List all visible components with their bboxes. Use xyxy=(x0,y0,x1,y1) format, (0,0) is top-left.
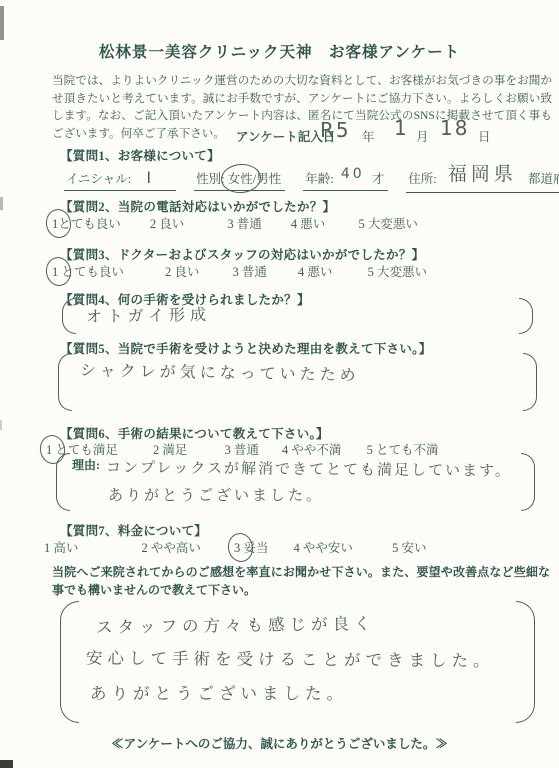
option: 5 大変悪い xyxy=(368,262,427,280)
q1-age-unit: 才 xyxy=(372,172,385,186)
q6-reason-bracket-right xyxy=(521,453,535,511)
option: 1とても良い xyxy=(52,214,121,232)
option: 5 とても不満 xyxy=(367,440,439,458)
q4-answer-bracket-right xyxy=(519,298,533,334)
q4-answer-bracket-left xyxy=(62,298,76,334)
date-day-unit: 日 xyxy=(478,127,491,145)
q7-header: 【質問7、料金について】 xyxy=(60,521,207,539)
q6-reason-line-2-handwritten: ありがとうございました。 xyxy=(108,484,324,505)
scanned-survey-page: 松林景一美容クリニック天神 お客様アンケート 当院では、よりよいクリニック運営の… xyxy=(0,0,559,768)
option: 4 やや不満 xyxy=(282,440,341,458)
date-year-value-handwritten: R5 xyxy=(320,118,351,142)
feedback-prompt: 当院へご来院されてからのご感想を率直にお聞かせ下さい。また、要望や改善点など些細… xyxy=(52,563,550,599)
q1-address-unit: 都道府県 xyxy=(528,172,559,186)
q1-age-field: 年齢: 40 才 xyxy=(303,169,388,191)
q5-answer-bracket-left xyxy=(58,353,72,411)
feedback-line-1-handwritten: スタッフの方々も感じが良く xyxy=(96,610,376,638)
q5-header: 【質問5、当院で手術を受けようと決めた理由を教えて下さい。】 xyxy=(60,339,432,357)
page-title: 松林景一美容クリニック天神 お客様アンケート xyxy=(0,40,559,62)
date-day-value-handwritten: 18 xyxy=(440,116,469,140)
option: 5 大変悪い xyxy=(358,214,417,232)
q1-gender-field: 性別: 女性/男性 xyxy=(194,169,285,191)
q3-header: 【質問3、ドクターおよびスタッフの対応はいかがでしたか？】 xyxy=(60,245,424,263)
scan-artifact xyxy=(0,760,13,768)
q1-initial-field: イニシャル: I xyxy=(64,168,176,191)
q2-header: 【質問2、当院の電話対応はいかがでしたか？】 xyxy=(60,197,335,215)
q2-options-row: 1とても良い 2 良い 3 普通 4 悪い 5 大変悪い xyxy=(52,214,418,232)
scan-artifact xyxy=(0,6,4,40)
option: 2 やや高い xyxy=(142,538,201,556)
option: 4 悪い xyxy=(291,214,325,232)
feedback-bracket-left xyxy=(60,601,79,723)
date-year-unit: 年 xyxy=(362,127,375,145)
q4-answer-handwritten: オトガイ形成 xyxy=(86,302,211,327)
option: 3 妥当 xyxy=(234,538,268,556)
q5-answer-handwritten: シャクレが気になっていたため xyxy=(80,358,360,386)
scan-artifact xyxy=(0,420,2,430)
option: 1 とても良い xyxy=(52,262,124,280)
option: 2 良い xyxy=(150,214,184,232)
q1-initial-label: イニシャル: xyxy=(66,172,131,186)
q1-address-field: 住所: 福岡県 都道府県 xyxy=(406,162,559,193)
option: 3 普通 xyxy=(225,440,259,458)
option: 5 安い xyxy=(392,538,426,556)
q1-age-value-handwritten: 40 xyxy=(337,166,369,182)
q6-reason-bracket-left xyxy=(56,453,70,511)
option: 2 良い xyxy=(165,262,199,280)
option: 3 普通 xyxy=(233,262,267,280)
footer-thanks: ≪アンケートへのご協力、誠にありがとうございました。≫ xyxy=(0,734,559,752)
date-month-value-handwritten: 1 xyxy=(394,116,409,140)
q6-reason-label: 理由: xyxy=(72,456,100,473)
q3-options-row: 1 とても良い 2 良い 3 普通 4 悪い 5 大変悪い xyxy=(52,262,427,280)
q1-address-value-handwritten: 福岡県 xyxy=(440,163,525,185)
q6-options-row: 1 とても満足 2 満足 3 普通 4 やや不満 5 とても不満 xyxy=(46,440,438,458)
date-month-unit: 月 xyxy=(416,127,429,145)
feedback-line-2-handwritten: 安心して手術を受けることができました。 xyxy=(86,645,495,672)
scan-artifact xyxy=(0,197,3,210)
option: 4 やや安い xyxy=(294,538,353,556)
q1-age-label: 年齢: xyxy=(305,172,333,186)
feedback-bracket-right xyxy=(516,601,535,723)
q5-answer-bracket-right xyxy=(523,353,537,411)
q6-reason-line-1-handwritten: コンプレックスが解消できてとても満足しています。 xyxy=(106,456,512,481)
option: 2 満足 xyxy=(153,440,187,458)
option: 4 悪い xyxy=(298,262,332,280)
gender-option-female: 女性 xyxy=(228,169,253,187)
feedback-line-3-handwritten: ありがとうございました。 xyxy=(90,680,348,704)
option: 3 普通 xyxy=(227,214,261,232)
q1-fields-row: イニシャル: I 性別: 女性/男性 年齢: 40 才 住所: 福岡県 都道府県 xyxy=(64,162,559,193)
q7-options-row: 1 高い 2 やや高い 3 妥当 4 やや安い 5 安い xyxy=(44,538,426,556)
option: 1 高い xyxy=(44,538,78,556)
q1-address-label: 住所: xyxy=(408,172,436,186)
q1-initial-value-handwritten: I xyxy=(134,168,172,187)
gender-option-male: 男性 xyxy=(256,169,281,187)
